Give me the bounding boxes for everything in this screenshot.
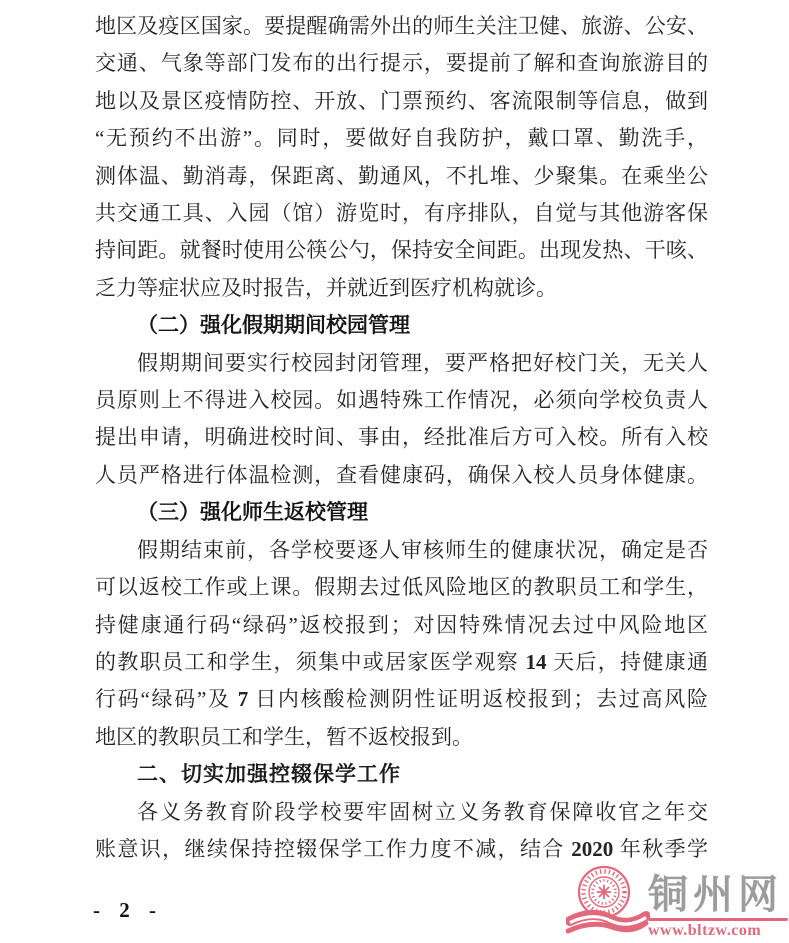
document-line: 测体温、勤消毒，保距离、勤通风，不扎堆、少聚集。在乘坐公 bbox=[95, 158, 708, 195]
document-line: 地区的教职员工和学生，暂不返校报到。 bbox=[95, 719, 708, 756]
watermark-site-url: www.bltzw.com bbox=[648, 922, 788, 939]
document-line: 提出申请，明确进校时间、事由，经批准后方可入校。所有入校 bbox=[95, 419, 708, 456]
watermark-text-group: 铜州网 www.bltzw.com bbox=[648, 862, 788, 939]
document-body: 地区及疫区国家。要提醒确需外出的师生关注卫健、旅游、公安、交通、气象等部门发布的… bbox=[95, 8, 708, 868]
document-line: 持间距。就餐时使用公筷公勺，保持安全间距。出现发热、干咳、 bbox=[95, 232, 708, 269]
document-line: 乏力等症状应及时报告，并就近到医疗机构就诊。 bbox=[95, 270, 708, 307]
section-heading: 二、切实加强控辍保学工作 bbox=[95, 756, 708, 793]
section-heading: （二）强化假期期间校园管理 bbox=[95, 307, 708, 344]
document-line: 交通、气象等部门发布的出行提示，要提前了解和查询旅游目的 bbox=[95, 45, 708, 82]
document-line: 可以返校工作或上课。假期去过低风险地区的教职员工和学生， bbox=[95, 569, 708, 606]
document-line: 地以及景区疫情防控、开放、门票预约、客流限制等信息，做到 bbox=[95, 83, 708, 120]
watermark-underline bbox=[648, 918, 788, 921]
document-line: 假期结束前，各学校要逐人审核师生的健康状况，确定是否 bbox=[95, 532, 708, 569]
document-line: 持健康通行码“绿码”返校报到；对因特殊情况去过中风险地区 bbox=[95, 607, 708, 644]
document-line: 人员严格进行体温检测，查看健康码，确保入校人员身体健康。 bbox=[95, 457, 708, 494]
document-line: 共交通工具、入园（馆）游览时，有序排队，自觉与其他游客保 bbox=[95, 195, 708, 232]
section-heading: （三）强化师生返校管理 bbox=[95, 494, 708, 531]
document-line: 地区及疫区国家。要提醒确需外出的师生关注卫健、旅游、公安、 bbox=[95, 8, 708, 45]
document-line: 行码“绿码”及 7 日内核酸检测阴性证明返校报到；去过高风险 bbox=[95, 681, 708, 718]
document-line: 的教职员工和学生，须集中或居家医学观察 14 天后，持健康通 bbox=[95, 644, 708, 681]
document-line: 假期期间要实行校园封闭管理，要严格把好校门关，无关人 bbox=[95, 345, 708, 382]
watermark-site-name: 铜州网 bbox=[648, 874, 788, 916]
document-page: 地区及疫区国家。要提醒确需外出的师生关注卫健、旅游、公安、交通、气象等部门发布的… bbox=[0, 0, 789, 943]
document-line: “无预约不出游”。同时，要做好自我防护，戴口罩、勤洗手， bbox=[95, 120, 708, 157]
watermark: 铜州网 www.bltzw.com bbox=[566, 862, 789, 942]
site-logo-icon bbox=[566, 864, 650, 942]
document-line: 员原则上不得进入校园。如遇特殊工作情况，必须向学校负责人 bbox=[95, 382, 708, 419]
document-line: 各义务教育阶段学校要牢固树立义务教育保障收官之年交 bbox=[95, 794, 708, 831]
page-number: - 2 - bbox=[93, 898, 163, 923]
